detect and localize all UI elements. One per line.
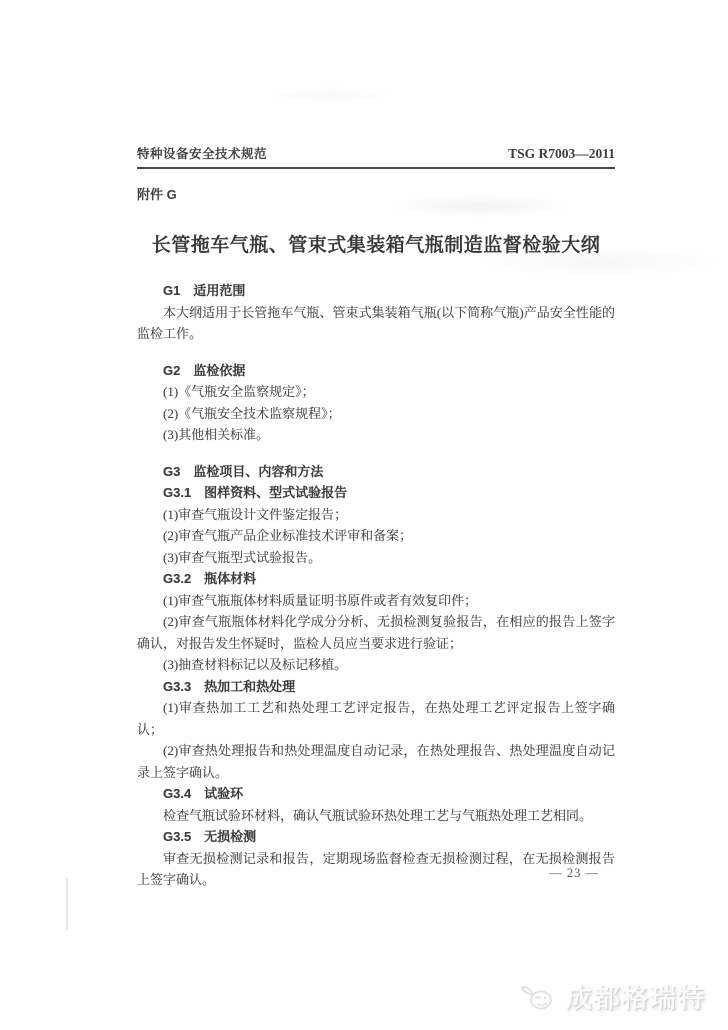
list-item: (2)审查气瓶瓶体材料化学成分分析、无损检测复验报告，在相应的报告上签字确认，对…	[137, 611, 615, 654]
section-heading-g1: G1 适用范围	[137, 280, 615, 302]
list-item: (3)抽查材料标记以及标记移植。	[137, 654, 615, 676]
section-heading-g3-1: G3.1 图样资料、型式试验报告	[137, 482, 615, 504]
list-item: (1)审查热加工工艺和热处理工艺评定报告，在热处理工艺评定报告上签字确认；	[137, 697, 615, 740]
list-item: (1)审查气瓶设计文件鉴定报告；	[137, 504, 615, 526]
scan-artifact	[66, 878, 68, 930]
section-heading-g3-4: G3.4 试验环	[137, 783, 615, 805]
list-item: (2)《气瓶安全技术监察规程》；	[137, 403, 615, 425]
list-item: (2)审查热处理报告和热处理温度自动记录，在热处理报告、热处理温度自动记录上签字…	[137, 740, 615, 783]
list-item: (1)《气瓶安全监察规定》；	[137, 381, 615, 403]
paragraph: 检查气瓶试验环材料，确认气瓶试验环热处理工艺与气瓶热处理工艺相同。	[137, 805, 615, 827]
watermark-text: 成都格瑞特	[566, 978, 706, 1015]
list-item: (2)审查气瓶产品企业标准技术评审和备案；	[137, 525, 615, 547]
list-item: (1)审查气瓶瓶体材料质量证明书原件或者有效复印件；	[137, 590, 615, 612]
header-doc-code: TSG R7003—2011	[508, 146, 615, 162]
header-spec-name: 特种设备安全技术规范	[137, 144, 267, 162]
document-body: G1 适用范围 本大纲适用于长管拖车气瓶、管束式集装箱气瓶(以下简称气瓶)产品安…	[137, 280, 615, 891]
list-item: (3)其他相关标准。	[137, 424, 615, 446]
page-content: 特种设备安全技术规范 TSG R7003—2011 附件 G 长管拖车气瓶、管束…	[137, 144, 615, 891]
section-heading-g3-5: G3.5 无损检测	[137, 826, 615, 848]
page-title: 长管拖车气瓶、管束式集装箱气瓶制造监督检验大纲	[137, 230, 615, 257]
section-heading-g3: G3 监检项目、内容和方法	[137, 461, 615, 483]
list-item: (3)审查气瓶型式试验报告。	[137, 547, 615, 569]
paragraph: 本大纲适用于长管拖车气瓶、管束式集装箱气瓶(以下简称气瓶)产品安全性能的监检工作…	[137, 302, 615, 345]
document-page: 特种设备安全技术规范 TSG R7003—2011 附件 G 长管拖车气瓶、管束…	[0, 0, 728, 1030]
document-header: 特种设备安全技术规范 TSG R7003—2011	[137, 144, 615, 169]
section-heading-g3-3: G3.3 热加工和热处理	[137, 676, 615, 698]
page-number: — 23 —	[137, 866, 615, 881]
section-heading-g3-2: G3.2 瓶体材料	[137, 568, 615, 590]
panda-sketch-icon	[520, 979, 558, 1015]
section-heading-g2: G2 监检依据	[137, 360, 615, 382]
attachment-label: 附件 G	[137, 184, 615, 203]
watermark: 成都格瑞特	[520, 978, 706, 1015]
